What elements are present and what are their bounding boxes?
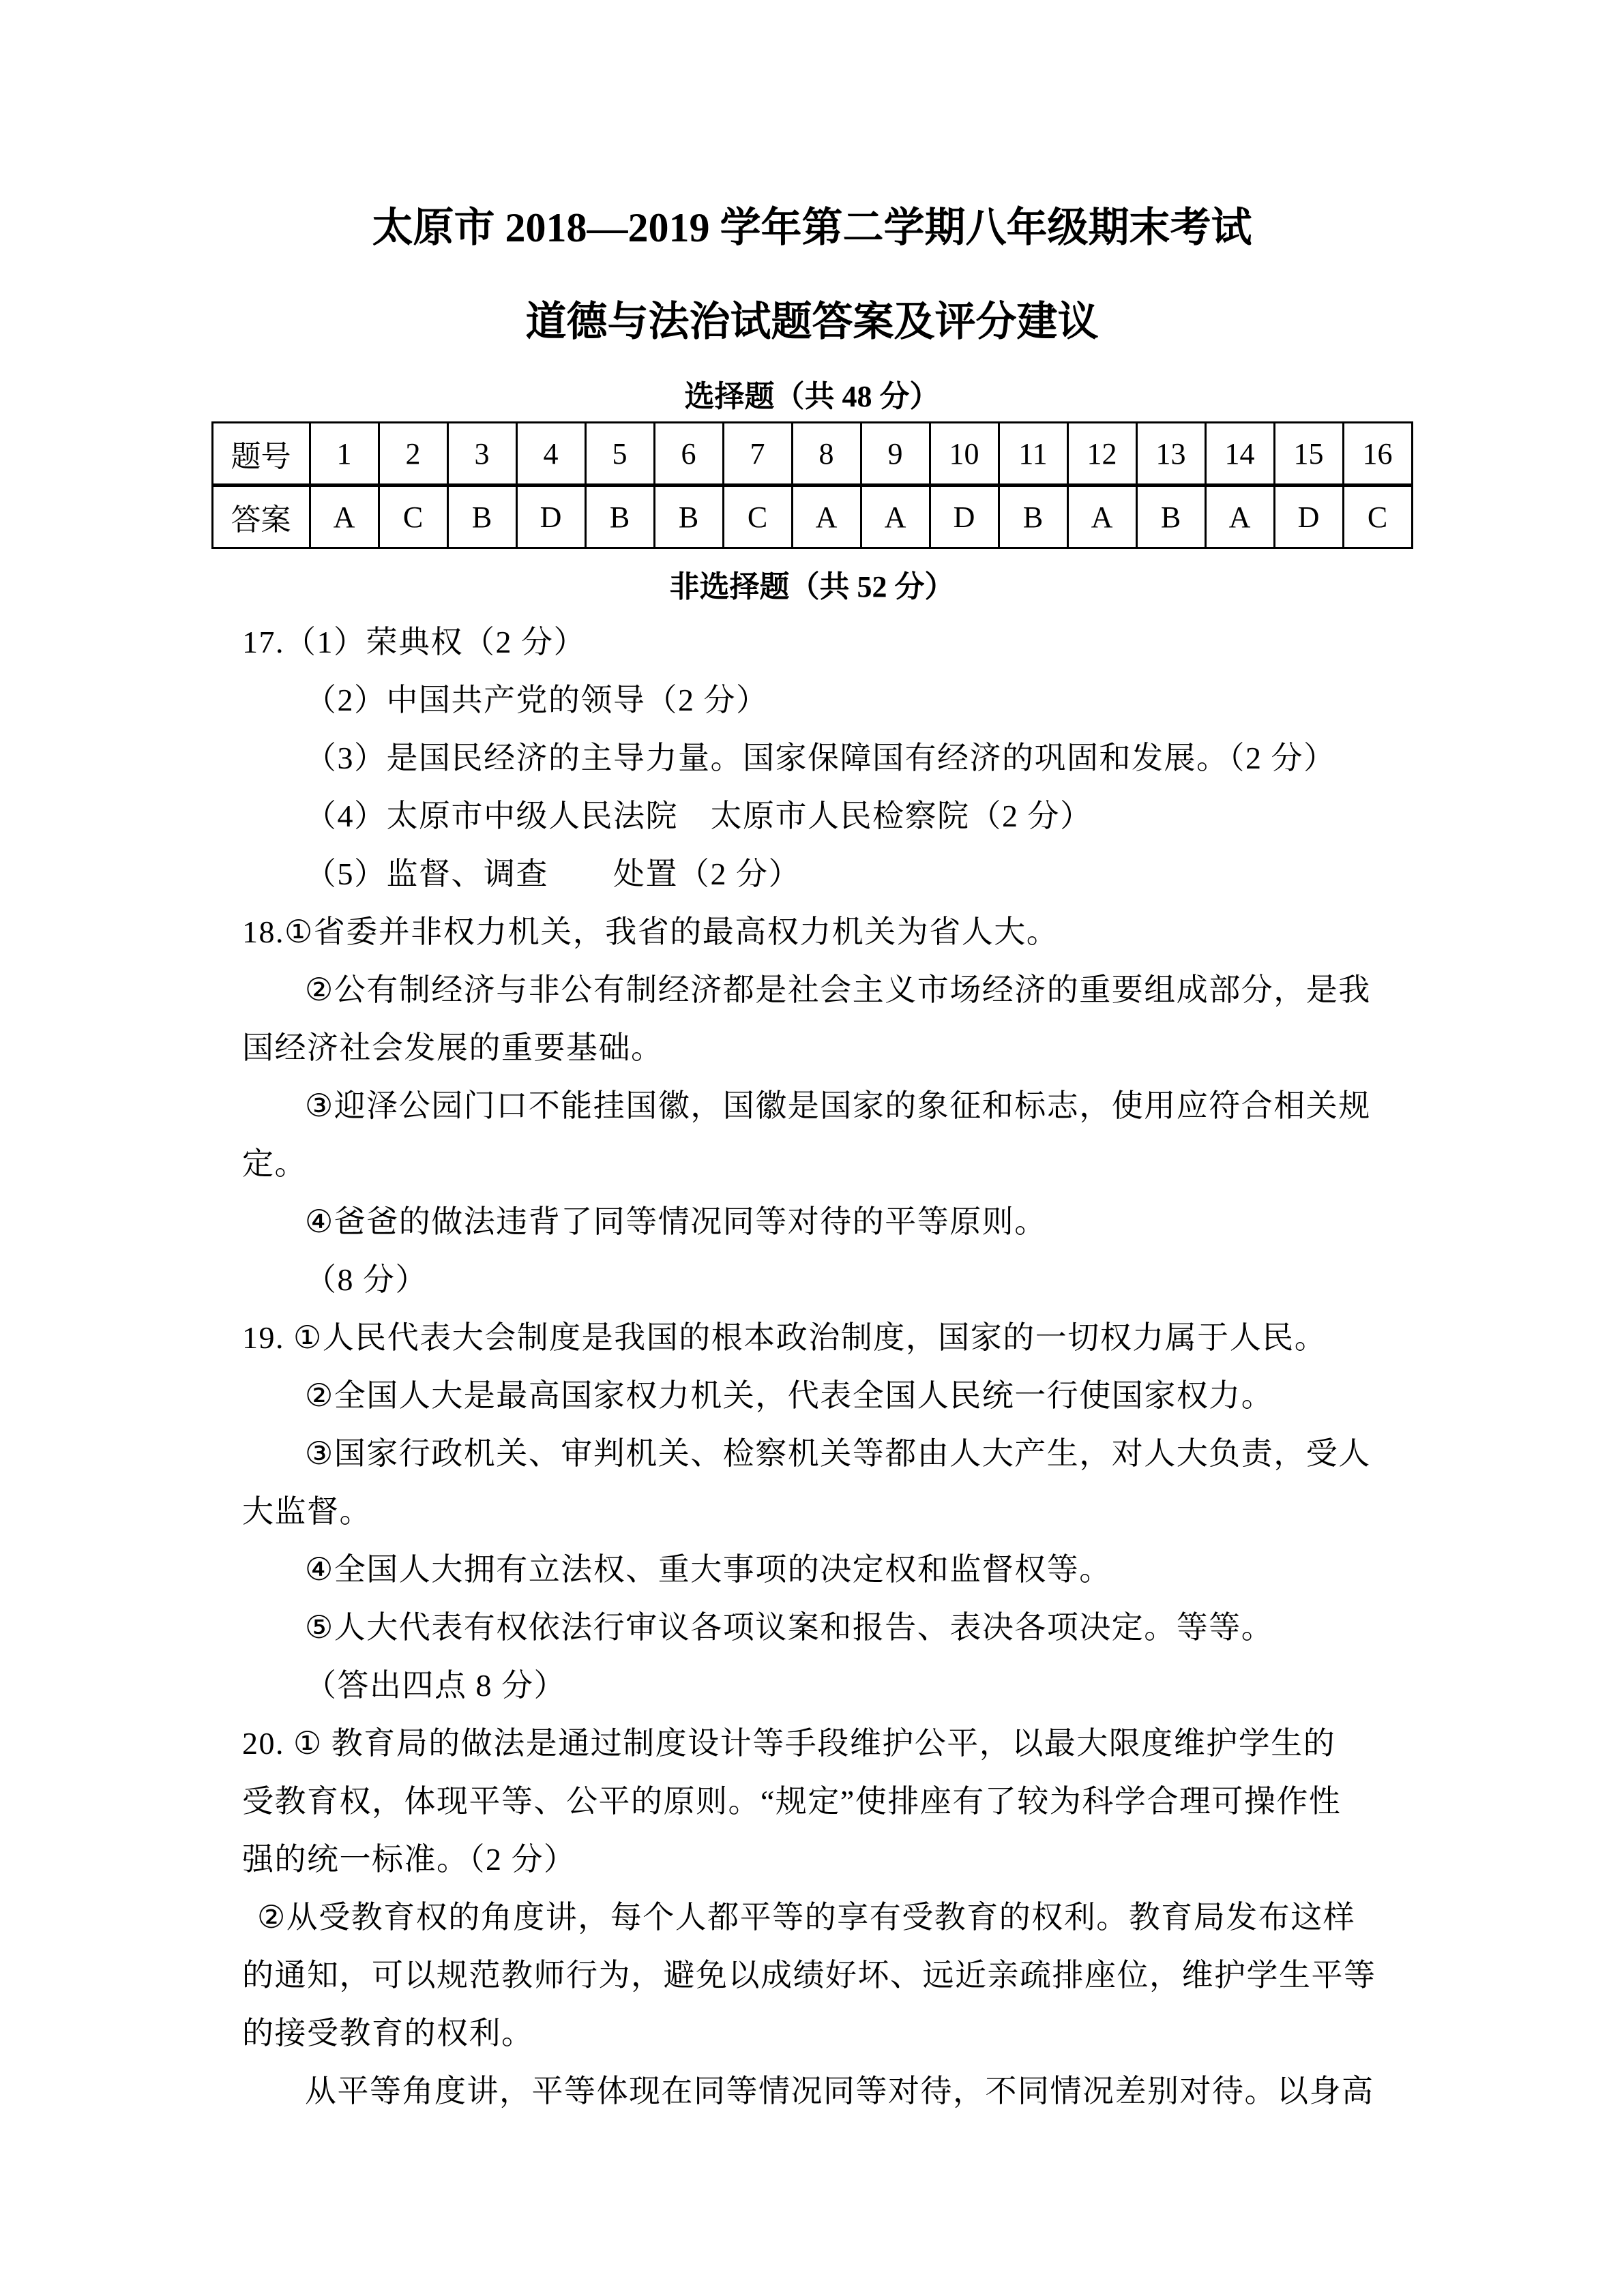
question-number-cell: 4 <box>516 423 585 486</box>
answer-line-19-3-cont: 大监督。 <box>242 1482 1402 1540</box>
answer-cell: A <box>1205 486 1274 548</box>
answer-line-18-4: ④爸爸的做法违背了同等情况同等对待的平等原则。 <box>242 1193 1402 1251</box>
answer-line-20-3: 从平等角度讲，平等体现在同等情况同等对待，不同情况差别对待。以身高 <box>242 2062 1402 2120</box>
question-number-row-label: 题号 <box>212 423 310 486</box>
answer-cell: B <box>585 486 654 548</box>
answer-letter-row: 答案 A C B D B B C A A D B A B A D C <box>212 486 1412 548</box>
question-number-cell: 15 <box>1274 423 1343 486</box>
answer-cell: D <box>930 486 999 548</box>
answer-line-18-2-cont: 国经济社会发展的重要基础。 <box>242 1019 1402 1077</box>
answer-cell: A <box>1067 486 1136 548</box>
answer-line-17-1: 17.（1）荣典权（2 分） <box>242 613 1402 671</box>
answer-line-17-3: （3）是国民经济的主导力量。国家保障国有经济的巩固和发展。（2 分） <box>242 729 1402 787</box>
answer-cell: B <box>999 486 1067 548</box>
answer-line-19-4: ④全国人大拥有立法权、重大事项的决定权和监督权等。 <box>242 1540 1402 1598</box>
answer-line-20-1-cont1: 受教育权，体现平等、公平的原则。“规定”使排座有了较为科学合理可操作性 <box>242 1772 1402 1830</box>
answer-line-19-3: ③国家行政机关、审判机关、检察机关等都由人大产生，对人大负责，受人 <box>242 1425 1402 1482</box>
question-number-cell: 9 <box>861 423 930 486</box>
answer-line-18-3-cont: 定。 <box>242 1135 1402 1193</box>
answer-cell: C <box>723 486 792 548</box>
doc-title-line2: 道德与法治试题答案及评分建议 <box>0 299 1624 345</box>
question-number-cell: 2 <box>379 423 447 486</box>
answer-cell: C <box>379 486 447 548</box>
answer-line-19-2: ②全国人大是最高国家权力机关，代表全国人民统一行使国家权力。 <box>242 1367 1402 1425</box>
answer-line-20-1-cont2: 强的统一标准。（2 分） <box>242 1830 1402 1888</box>
answer-line-17-4: （4）太原市中级人民法院 太原市人民检察院（2 分） <box>242 787 1402 845</box>
non-choice-answers: 17.（1）荣典权（2 分） （2）中国共产党的领导（2 分） （3）是国民经济… <box>242 613 1402 2120</box>
answer-line-19-score: （答出四点 8 分） <box>242 1656 1402 1714</box>
answer-line-19-1: 19. ①人民代表大会制度是我国的根本政治制度，国家的一切权力属于人民。 <box>242 1309 1402 1367</box>
question-number-cell: 16 <box>1343 423 1412 486</box>
question-number-cell: 1 <box>310 423 379 486</box>
question-number-cell: 14 <box>1205 423 1274 486</box>
answer-line-18-1: 18.①省委并非权力机关，我省的最高权力机关为省人大。 <box>242 903 1402 961</box>
answer-cell: A <box>310 486 379 548</box>
question-number-cell: 3 <box>447 423 516 486</box>
choice-section-heading: 选择题（共 48 分） <box>0 379 1624 415</box>
question-number-cell: 5 <box>585 423 654 486</box>
answer-line-18-score: （8 分） <box>242 1251 1402 1309</box>
document-page: 太原市 2018—2019 学年第二学期八年级期末考试 道德与法治试题答案及评分… <box>0 0 1624 2296</box>
doc-title-line1: 太原市 2018—2019 学年第二学期八年级期末考试 <box>0 0 1624 251</box>
answer-line-20-2-cont2: 的接受教育的权利。 <box>242 2004 1402 2062</box>
answer-key-table: 题号 1 2 3 4 5 6 7 8 9 10 11 12 13 14 15 1… <box>211 421 1413 549</box>
question-number-cell: 6 <box>654 423 723 486</box>
answer-cell: D <box>1274 486 1343 548</box>
question-number-row: 题号 1 2 3 4 5 6 7 8 9 10 11 12 13 14 15 1… <box>212 423 1412 486</box>
answer-cell: B <box>1136 486 1205 548</box>
answer-cell: A <box>792 486 861 548</box>
answer-line-17-5: （5）监督、调查 处置（2 分） <box>242 845 1402 903</box>
answer-line-18-3: ③迎泽公园门口不能挂国徽，国徽是国家的象征和标志，使用应符合相关规 <box>242 1077 1402 1135</box>
answer-line-18-2: ②公有制经济与非公有制经济都是社会主义市场经济的重要组成部分，是我 <box>242 961 1402 1019</box>
question-number-cell: 7 <box>723 423 792 486</box>
question-number-cell: 13 <box>1136 423 1205 486</box>
answer-cell: D <box>516 486 585 548</box>
answer-cell: B <box>447 486 516 548</box>
question-number-cell: 8 <box>792 423 861 486</box>
answer-cell: B <box>654 486 723 548</box>
answer-line-17-2: （2）中国共产党的领导（2 分） <box>242 671 1402 729</box>
answer-cell: A <box>861 486 930 548</box>
answer-cell: C <box>1343 486 1412 548</box>
non-choice-section-heading: 非选择题（共 52 分） <box>0 569 1624 605</box>
answer-line-20-2-cont1: 的通知，可以规范教师行为，避免以成绩好坏、远近亲疏排座位，维护学生平等 <box>242 1946 1402 2004</box>
answer-letter-row-label: 答案 <box>212 486 310 548</box>
question-number-cell: 12 <box>1067 423 1136 486</box>
answer-line-19-5: ⑤人大代表有权依法行审议各项议案和报告、表决各项决定。等等。 <box>242 1598 1402 1656</box>
answer-line-20-1: 20. ① 教育局的做法是通过制度设计等手段维护公平，以最大限度维护学生的 <box>242 1714 1402 1772</box>
question-number-cell: 11 <box>999 423 1067 486</box>
question-number-cell: 10 <box>930 423 999 486</box>
answer-line-20-2: ②从受教育权的角度讲，每个人都平等的享有受教育的权利。教育局发布这样 <box>242 1888 1402 1946</box>
